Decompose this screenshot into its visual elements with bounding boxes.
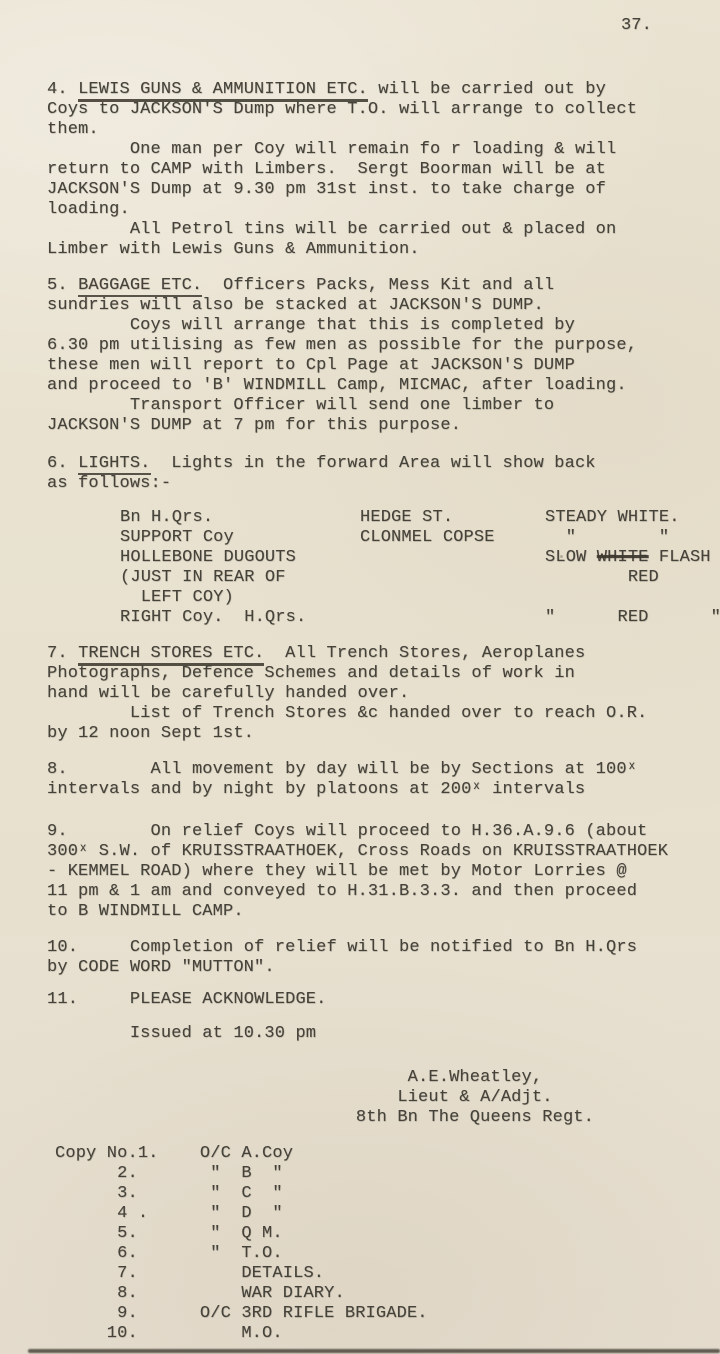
lights-row-right-coy: RIGHT Coy. H.Qrs." RED " [120,608,700,628]
place-cell: CLONMEL COPSE [360,528,545,548]
distribution-line: 5. " Q M. [55,1224,700,1244]
paragraph-9-relief: 9. On relief Coys will proceed to H.36.A… [47,822,700,922]
paragraph-body: Officers Packs, Mess Kit and all sundrie… [47,276,637,435]
paragraph-number: 9. [47,822,68,841]
distribution-line: 2. " B " [55,1164,700,1184]
paragraph-6-lights: 6. LIGHTS. Lights in the forward Area wi… [47,454,700,494]
paragraph-body: All movement by day will be by Sections … [47,760,637,799]
unit-cell: HOLLEBONE DUGOUTS [120,548,360,568]
paragraph-5-baggage: 5. BAGGAGE ETC. Officers Packs, Mess Kit… [47,276,700,436]
paragraph-body: Completion of relief will be notified to… [47,938,637,977]
distribution-line: 10. M.O. [55,1324,700,1344]
unit-cell: RIGHT Coy. H.Qrs. [120,608,360,628]
issued-line: Issued at 10.30 pm [47,1024,700,1044]
signal-text: FLASH [649,548,711,567]
lights-row-hollebone-dugouts: HOLLEBONE DUGOUTSSLOW WHITE FLASH [120,548,700,568]
lights-row-rear-left-coy: (JUST IN REAR OF RED [120,568,700,588]
lights-row-support-coy: SUPPORT CoyCLONMEL COPSE " " [120,528,700,548]
paragraph-number: 11. [47,990,78,1009]
distribution-line: Copy No.1. O/C A.Coy [55,1144,700,1164]
scan-bottom-edge [28,1349,720,1353]
signal-cell: STEADY WHITE. [545,508,680,528]
paragraph-body: will be carried out by Coys to JACKSON'S… [47,80,637,259]
paragraph-number: 4. [47,80,78,99]
heading-trench-stores: TRENCH STORES ETC. [78,644,264,666]
paragraph-body: PLEASE ACKNOWLEDGE. [78,990,326,1009]
paragraph-number: 8. [47,760,68,779]
distribution-line: 3. " C " [55,1184,700,1204]
unit-cell: SUPPORT Coy [120,528,360,548]
unit-cell: LEFT COY) [120,588,360,608]
unit-cell: Bn H.Qrs. [120,508,360,528]
place-cell [360,548,545,568]
signatory-rank: Lieut & A/Adjt. [356,1088,594,1108]
signal-cell: SLOW WHITE FLASH [545,548,711,568]
document-page: 37. 4. LEWIS GUNS & AMMUNITION ETC. will… [0,0,720,1344]
heading-baggage: BAGGAGE ETC. [78,276,202,297]
place-cell: HEDGE ST. [360,508,545,528]
paragraph-7-trench-stores: 7. TRENCH STORES ETC. All Trench Stores,… [47,644,700,744]
place-cell [360,608,545,628]
distribution-line: 8. WAR DIARY. [55,1284,700,1304]
distribution-line: 7. DETAILS. [55,1264,700,1284]
page-number: 37. [47,16,700,36]
signal-cell: RED [545,568,659,588]
lights-table: Bn H.Qrs.HEDGE ST.STEADY WHITE. SUPPORT … [120,508,700,628]
paragraph-8-movement: 8. All movement by day will be by Sectio… [47,760,700,800]
signal-cell: " RED " [545,608,720,628]
paragraph-11-acknowledge: 11. PLEASE ACKNOWLEDGE. [47,990,700,1010]
distribution-line: 6. " T.O. [55,1244,700,1264]
paragraph-body: On relief Coys will proceed to H.36.A.9.… [47,822,668,921]
signature-block: A.E.Wheatley, Lieut & A/Adjt. 8th Bn The… [356,1068,594,1128]
paragraph-4-lewis-guns: 4. LEWIS GUNS & AMMUNITION ETC. will be … [47,80,700,260]
place-cell [360,568,545,588]
paragraph-number: 6. [47,454,78,473]
place-cell [360,588,545,608]
paragraph-10-code-word: 10. Completion of relief will be notifie… [47,938,700,978]
paragraph-number: 5. [47,276,78,295]
paper-speck [560,555,563,558]
signatory-unit: 8th Bn The Queens Regt. [356,1108,594,1128]
lights-row-left-coy: LEFT COY) [120,588,700,608]
heading-lights: LIGHTS. [78,454,150,475]
struck-word-white: WHITE [597,548,649,567]
paragraph-number: 10. [47,938,78,957]
distribution-line: 4 . " D " [55,1204,700,1224]
unit-cell: (JUST IN REAR OF [120,568,360,588]
signatory-name: A.E.Wheatley, [356,1068,594,1088]
distribution-line: 9. O/C 3RD RIFLE BRIGADE. [55,1304,700,1324]
lights-row-bn-hqrs: Bn H.Qrs.HEDGE ST.STEADY WHITE. [120,508,700,528]
signal-text: SLOW [545,548,597,567]
distribution-list: Copy No.1. O/C A.Coy 2. " B " 3. " C " 4… [55,1144,700,1344]
paragraph-number: 7. [47,644,78,663]
heading-lewis-guns-ammunition: LEWIS GUNS & AMMUNITION ETC. [78,80,368,102]
signal-cell: " " [545,528,669,548]
